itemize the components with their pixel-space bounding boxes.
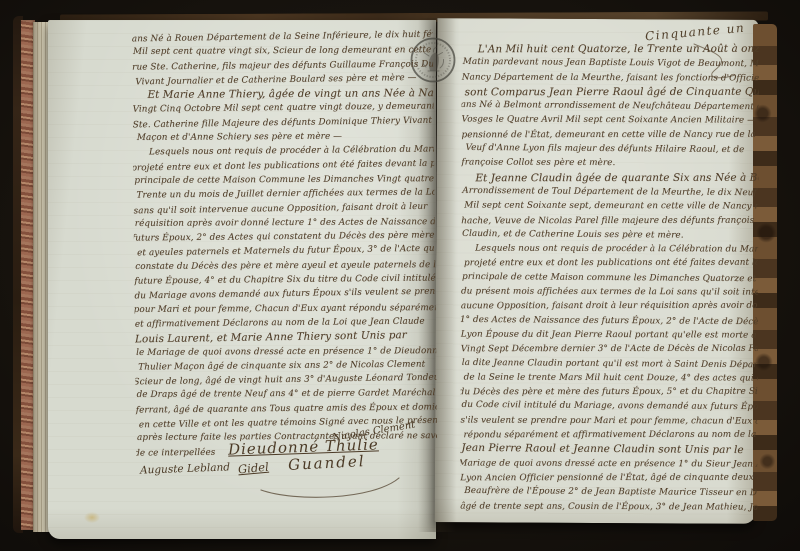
manuscript-line: la dite Jeanne Claudin portant qu'il est… [462, 355, 759, 372]
manuscript-line: principale de cette Maison Commune les D… [134, 172, 435, 188]
manuscript-line: réquisition après avoir donné lecture 1°… [135, 215, 436, 231]
manuscript-line: Mariage de quoi avons dressé acte en pré… [460, 456, 757, 471]
manuscript-line: 1° des Actes de Naissance des futurs Épo… [460, 312, 759, 329]
manuscript-line: Vingt Sept Décembre dernier 3° de l'Acte… [461, 342, 758, 357]
manuscript-line: Claudin, et de Catherine Louis ses père … [462, 227, 759, 244]
manuscript-line: Lesquels nous ont requis de procéder à l… [460, 242, 758, 257]
manuscript-line: projeté entre eux et dont les publicatio… [464, 256, 758, 271]
manuscript-line: Veuf d'Anne Lyon fils majeur des défunts… [465, 141, 758, 158]
photo-background: Cinquante un ans Né à Rouen Département … [0, 0, 800, 551]
manuscript-line: Et Marie Anne Thiery, âgée de vingt un a… [132, 86, 435, 102]
left-page-text: ans Né à Rouen Département de la Seine I… [132, 28, 437, 461]
manuscript-line: Mil sept cent quatre vingt six, Scieur d… [133, 43, 434, 59]
manuscript-line: pensionné de l'État, demeurant en cette … [461, 128, 758, 143]
manuscript-line: âgé de trente sept ans, Cousin de l'Épou… [460, 499, 757, 514]
manuscript-line: Vosges le Quatre Avril Mil sept cent Soi… [462, 113, 759, 128]
manuscript-line: Lyon Épouse du dit Jean Pierre Raoul por… [461, 327, 758, 342]
ink-stain [84, 512, 100, 523]
manuscript-line: du Code civil intitulé du Mariage, avons… [462, 398, 759, 415]
manuscript-line: hache, Veuve de Nicolas Parel fille maje… [461, 213, 758, 228]
manuscript-line: de la Seine le trente Mars Mil huit cent… [464, 370, 758, 385]
manuscript-line: Maçon et d'Anne Schiery ses père et mère… [137, 129, 435, 145]
manuscript-line: pour Mari et pour femme, Chacun d'Eux ay… [134, 301, 437, 317]
manuscript-line: Nancy Département de la Meurthe, faisant… [462, 70, 759, 85]
manuscript-line: Jean Pierre Raoul et Jeanne Claudin sont… [461, 441, 758, 458]
manuscript-line: Beaufrère de l'Épouse 2° de Jean Baptist… [464, 484, 758, 501]
manuscript-line: Matin pardevant nous Jean Baptiste Louis… [463, 55, 759, 72]
manuscript-line: Arrondissement de Toul Département de la… [462, 184, 759, 201]
manuscript-line: Mil sept cent Soixante sept, demeurant e… [464, 199, 758, 214]
manuscript-line: ans Né à Belmont arrondissement de Neufc… [461, 98, 759, 115]
manuscript-line: du présent mois affichées aux termes de … [461, 285, 758, 300]
manuscript-line: le Mariage de quoi avons dressé acte en … [136, 344, 437, 360]
manuscript-line: constate du Décès des père et mère ayeul… [135, 258, 436, 274]
manuscript-line: principale de cette Maison commune les D… [462, 270, 759, 287]
manuscript-line: aucune Opposition, faisant droit à leur … [461, 299, 758, 314]
signature-flourish-icon [255, 472, 405, 502]
manuscript-line: Et Jeanne Claudin âgée de quarante Six a… [460, 170, 758, 185]
right-page-text: L'An Mil huit cent Quatorze, le Trente u… [460, 41, 759, 515]
manuscript-line: s'ils veulent se prendre pour Mari et po… [460, 413, 757, 428]
manuscript-line: de Draps âgé de trente Neuf ans 4° et de… [137, 386, 438, 402]
manuscript-line: françoise Collot ses père et mère. [461, 156, 758, 171]
